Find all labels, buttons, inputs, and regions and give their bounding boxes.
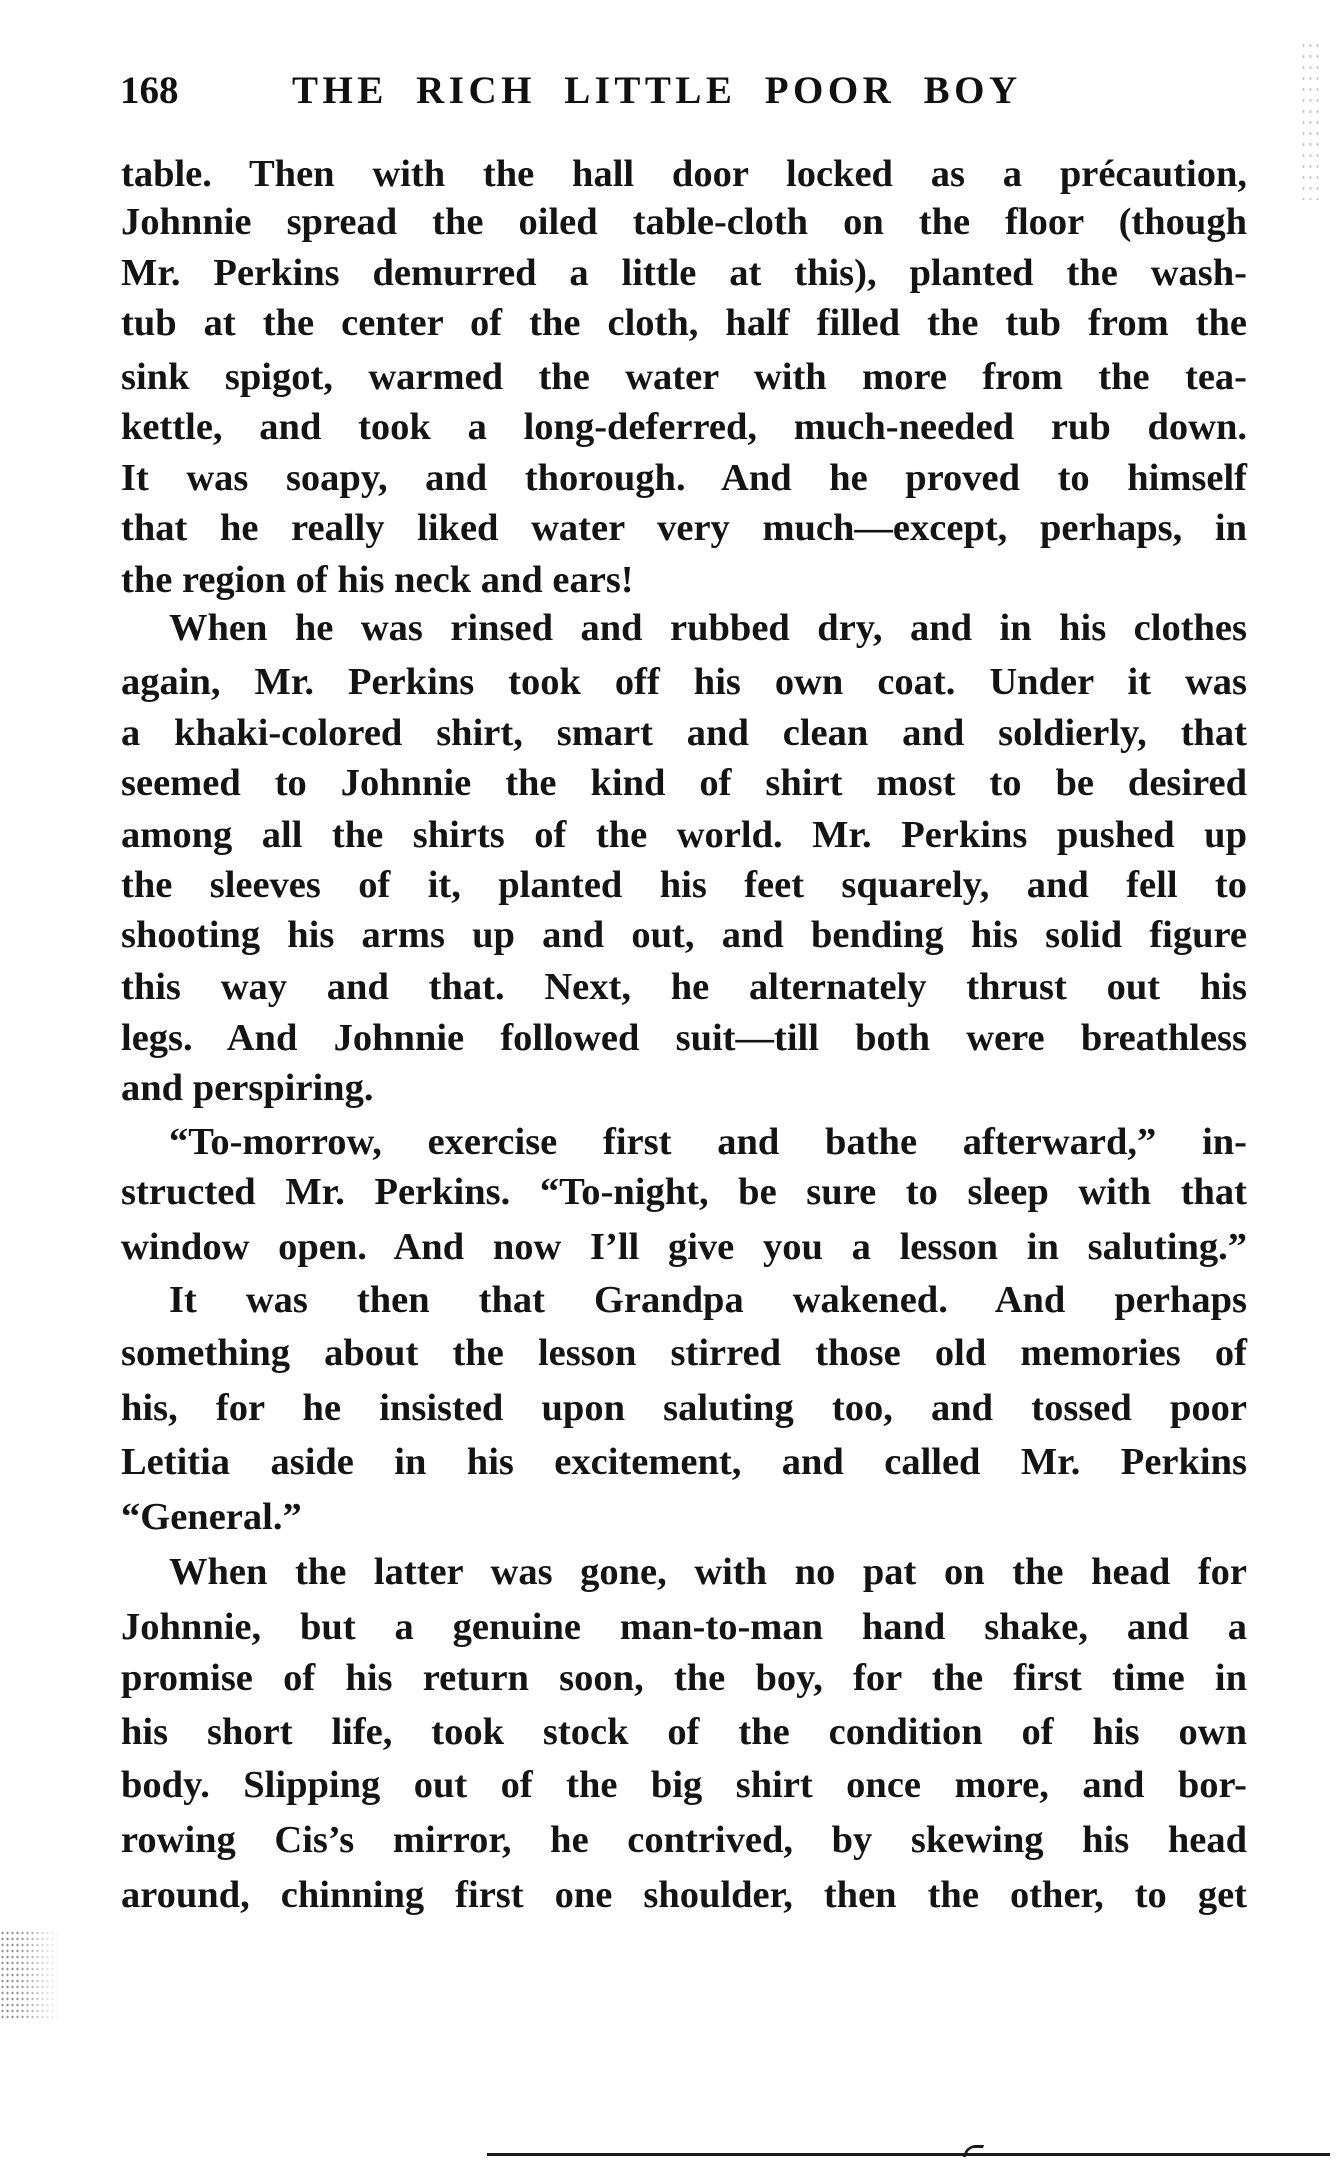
text-line: sink spigot, warmed the water with more … bbox=[121, 352, 1247, 402]
text-line: table. Then with the hall door locked as… bbox=[121, 149, 1247, 199]
text-line: around, chinning first one shoulder, the… bbox=[121, 1870, 1247, 1920]
text-line: shooting his arms up and out, and bendin… bbox=[121, 910, 1247, 960]
book-title: THE RICH LITTLE POOR BOY bbox=[292, 66, 1022, 116]
book-page: 168 THE RICH LITTLE POOR BOY table. Then… bbox=[0, 0, 1339, 2163]
text-line: the sleeves of it, planted his feet squa… bbox=[121, 860, 1247, 910]
scan-noise bbox=[0, 1930, 60, 2020]
text-line: promise of his return soon, the boy, for… bbox=[121, 1653, 1247, 1703]
text-line: rowing Cis’s mirror, he contrived, by sk… bbox=[121, 1815, 1247, 1865]
paragraph-end-line: “General.” bbox=[121, 1492, 1247, 1542]
text-line: seemed to Johnnie the kind of shirt most… bbox=[121, 758, 1247, 808]
paragraph-start-line: When he was rinsed and rubbed dry, and i… bbox=[121, 603, 1247, 653]
text-line: a khaki-colored shirt, smart and clean a… bbox=[121, 708, 1247, 758]
paragraph-start-line: When the latter was gone, with no pat on… bbox=[121, 1547, 1247, 1597]
scan-noise bbox=[1300, 40, 1320, 200]
paragraph-end-line: window open. And now I’ll give you a les… bbox=[121, 1222, 1247, 1272]
page-number: 168 bbox=[120, 66, 179, 116]
text-line: Letitia aside in his excitement, and cal… bbox=[121, 1437, 1247, 1487]
text-line: again, Mr. Perkins took off his own coat… bbox=[121, 657, 1247, 707]
paragraph-start-line: “To-morrow, exercise first and bathe aft… bbox=[121, 1117, 1247, 1167]
text-line: legs. And Johnnie followed suit—till bot… bbox=[121, 1013, 1247, 1063]
text-line: Johnnie, but a genuine man-to-man hand s… bbox=[121, 1602, 1247, 1652]
bottom-edge-rule bbox=[487, 2153, 1330, 2156]
text-line: something about the lesson stirred those… bbox=[121, 1328, 1247, 1378]
paragraph-start-line: It was then that Grandpa wakened. And pe… bbox=[121, 1275, 1247, 1325]
text-line: It was soapy, and thorough. And he prove… bbox=[121, 453, 1247, 503]
text-line: his short life, took stock of the condit… bbox=[121, 1707, 1247, 1757]
text-line: this way and that. Next, he alternately … bbox=[121, 962, 1247, 1012]
text-line: tub at the center of the cloth, half fil… bbox=[121, 298, 1247, 348]
paragraph-end-line: and perspiring. bbox=[121, 1063, 1247, 1113]
text-line: among all the shirts of the world. Mr. P… bbox=[121, 810, 1247, 860]
text-line: Johnnie spread the oiled table-cloth on … bbox=[121, 197, 1247, 247]
text-line: Mr. Perkins demurred a little at this), … bbox=[121, 248, 1247, 298]
paragraph-end-line: the region of his neck and ears! bbox=[121, 555, 1247, 605]
text-line: that he really liked water very much—exc… bbox=[121, 503, 1247, 553]
text-line: his, for he insisted upon saluting too, … bbox=[121, 1383, 1247, 1433]
text-line: structed Mr. Perkins. “To-night, be sure… bbox=[121, 1167, 1247, 1217]
text-line: kettle, and took a long-deferred, much-n… bbox=[121, 402, 1247, 452]
text-line: body. Slipping out of the big shirt once… bbox=[121, 1760, 1247, 1810]
